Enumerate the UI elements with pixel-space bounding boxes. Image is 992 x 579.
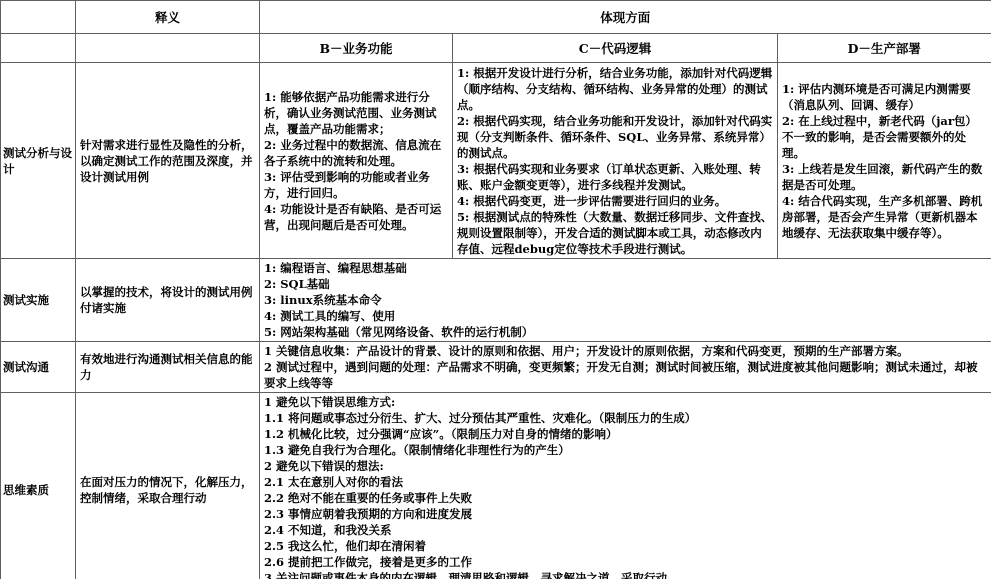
list-item: 2 避免以下错误的想法: (264, 458, 987, 474)
list-item: 2.2 绝对不能在重要的任务或事件上失败 (264, 490, 987, 506)
list-item: 2.4 不知道，和我没关系 (264, 522, 987, 538)
definition-implementation: 以掌握的技术，将设计的测试用例付诸实施 (76, 259, 260, 342)
list-item: 5: 网站架构基础（常见网络设备、软件的运行机制） (264, 324, 987, 340)
list-item: 1: 编程语言、编程思想基础 (264, 260, 987, 276)
list-item: 2: 业务过程中的数据流、信息流在各子系统中的流转和处理。 (264, 137, 448, 169)
list-item: 1: 根据开发设计进行分析，结合业务功能，添加针对代码逻辑（顺序结构、分支结构、… (457, 65, 773, 113)
list-item: 5: 根据测试点的特殊性（大数量、数据迁移同步、文件查找、规则设置限制等），开发… (457, 209, 773, 257)
list-item: 2: SQL基础 (264, 276, 987, 292)
row-label-analysis: 测试分析与设计 (1, 63, 76, 259)
mindset-items-cell: 1 避免以下错误思维方式:1.1 将问题或事态过分衍生、扩大、过分预估其严重性、… (260, 393, 991, 579)
list-item: 2.3 事情应朝着我预期的方向和进度发展 (264, 506, 987, 522)
list-item: 3: 评估受到影响的功能或者业务方，进行回归。 (264, 169, 448, 201)
implementation-items-cell: 1: 编程语言、编程思想基础2: SQL基础3: linux系统基本命令4: 测… (260, 259, 991, 342)
list-item: 4: 根据代码变更，进一步评估需要进行回归的业务。 (457, 193, 773, 209)
header-col-code: C－代码逻辑 (453, 34, 778, 63)
list-item: 1: 评估内测环境是否可满足内测需要（消息队列、回调、缓存） (782, 81, 987, 113)
definition-analysis: 针对需求进行显性及隐性的分析，以确定测试工作的范围及深度，并设计测试用例 (76, 63, 260, 259)
communication-items-cell: 1 关键信息收集：产品设计的背景、设计的原则和依据、用户；开发设计的原则依据，方… (260, 342, 991, 393)
row-label-mindset: 思维素质 (1, 393, 76, 579)
definition-communication: 有效地进行沟通测试相关信息的能力 (76, 342, 260, 393)
list-item: 4: 结合代码实现，生产多机部署、跨机房部署，是否会产生异常（更新机器本地缓存、… (782, 193, 987, 241)
analysis-code-cell: 1: 根据开发设计进行分析，结合业务功能，添加针对代码逻辑（顺序结构、分支结构、… (453, 63, 778, 259)
header-row-sub: B－业务功能 C－代码逻辑 D－生产部署 (1, 34, 991, 63)
analysis-deploy-cell: 1: 评估内测环境是否可满足内测需要（消息队列、回调、缓存）2: 在上线过程中，… (778, 63, 991, 259)
list-item: 1 关键信息收集：产品设计的背景、设计的原则和依据、用户；开发设计的原则依据，方… (264, 343, 987, 359)
row-test-analysis-design: 测试分析与设计 针对需求进行显性及隐性的分析，以确定测试工作的范围及深度，并设计… (1, 63, 991, 259)
list-item: 1.2 机械化比较，过分强调“应该”。（限制压力对自身的情绪的影响） (264, 426, 987, 442)
list-item: 4: 功能设计是否有缺陷、是否可运营，出现问题后是否可处理。 (264, 201, 448, 233)
list-item: 2: 在上线过程中，新老代码（jar包）不一致的影响，是否会需要额外的处理。 (782, 113, 987, 161)
list-item: 2: 根据代码实现，结合业务功能和开发设计，添加针对代码实现（分支判断条件、循环… (457, 113, 773, 161)
header-aspects: 体现方面 (260, 1, 991, 34)
list-item: 3: 根据代码实现和业务要求（订单状态更新、入账处理、转账、账户金额变更等），进… (457, 161, 773, 193)
header-col-deploy: D－生产部署 (778, 34, 991, 63)
header-empty-corner (1, 1, 76, 34)
row-test-implementation: 测试实施 以掌握的技术，将设计的测试用例付诸实施 1: 编程语言、编程思想基础2… (1, 259, 991, 342)
row-test-communication: 测试沟通 有效地进行沟通测试相关信息的能力 1 关键信息收集：产品设计的背景、设… (1, 342, 991, 393)
list-item: 1.3 避免自我行为合理化。（限制情绪化非理性行为的产生） (264, 442, 987, 458)
list-item: 1 避免以下错误思维方式: (264, 394, 987, 410)
definition-mindset: 在面对压力的情况下，化解压力，控制情绪，采取合理行动 (76, 393, 260, 579)
list-item: 3: linux系统基本命令 (264, 292, 987, 308)
header-empty-cell-1 (1, 34, 76, 63)
list-item: 1: 能够依据产品功能需求进行分析，确认业务测试范围、业务测试点，覆盖产品功能需… (264, 89, 448, 137)
list-item: 2.5 我这么忙，他们却在清闲着 (264, 538, 987, 554)
header-col-business: B－业务功能 (260, 34, 453, 63)
list-item: 3: 上线若是发生回滚，新代码产生的数据是否可处理。 (782, 161, 987, 193)
row-label-implementation: 测试实施 (1, 259, 76, 342)
list-item: 4: 测试工具的编写、使用 (264, 308, 987, 324)
list-item: 2.1 太在意别人对你的看法 (264, 474, 987, 490)
header-definition: 释义 (76, 1, 260, 34)
list-item: 1.1 将问题或事态过分衍生、扩大、过分预估其严重性、灾难化。（限制压力的生成） (264, 410, 987, 426)
header-row-top: 释义 体现方面 (1, 1, 991, 34)
list-item: 2.6 提前把工作做完，接着是更多的工作 (264, 554, 987, 570)
header-empty-cell-2 (76, 34, 260, 63)
row-mindset-quality: 思维素质 在面对压力的情况下，化解压力，控制情绪，采取合理行动 1 避免以下错误… (1, 393, 991, 579)
list-item: 2 测试过程中，遇到问题的处理：产品需求不明确，变更频繁；开发无自测；测试时间被… (264, 359, 987, 391)
list-item: 3 关注问题或事件本身的内在逻辑，理清思路和逻辑，寻求解决之道，采取行动。 (264, 570, 987, 579)
competency-table: 释义 体现方面 B－业务功能 C－代码逻辑 D－生产部署 测试分析与设计 针对需… (0, 0, 991, 579)
row-label-communication: 测试沟通 (1, 342, 76, 393)
analysis-business-cell: 1: 能够依据产品功能需求进行分析，确认业务测试范围、业务测试点，覆盖产品功能需… (260, 63, 453, 259)
